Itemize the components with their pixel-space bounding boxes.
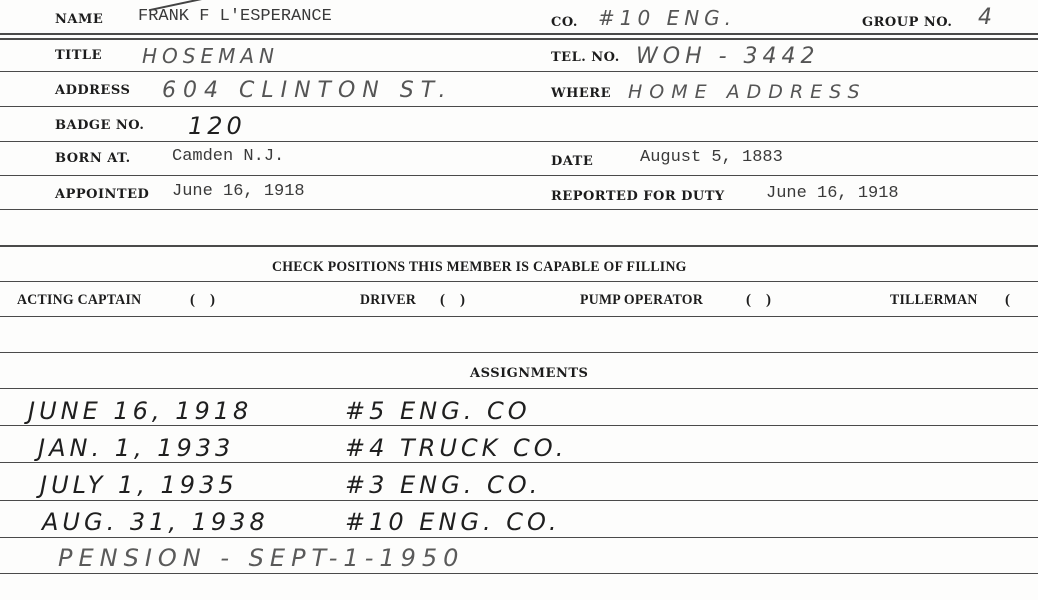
assignments-heading: ASSIGNMENTS — [470, 366, 588, 381]
record-card: NAME FRANK F L'ESPERANCE CO. #10 ENG. GR… — [0, 0, 1038, 600]
date-label: DATE — [551, 154, 593, 169]
rule-line — [0, 462, 1038, 463]
rule-line — [0, 352, 1038, 353]
position-acting-captain-label: ACTING CAPTAIN — [17, 292, 141, 309]
rule-line — [0, 573, 1038, 574]
where-label: WHERE — [551, 86, 611, 101]
born-at-label: BORN AT. — [55, 151, 131, 166]
tel-no-value: WOH - 3442 — [636, 44, 820, 69]
assignment-company: #4 TRUCK CO. — [345, 434, 567, 462]
company-label: CO. — [551, 15, 578, 30]
group-no-label: GROUP NO. — [862, 15, 952, 30]
position-tillerman-label: TILLERMAN — [890, 292, 978, 309]
assignment-date: JULY 1, 1935 — [40, 471, 238, 499]
assignment-date: AUG. 31, 1938 — [42, 508, 269, 536]
address-value: 604 CLINTON ST. — [162, 78, 453, 103]
title-label: TITLE — [55, 48, 102, 63]
title-value: HOSEMAN — [142, 44, 279, 68]
badge-no-value: 120 — [188, 112, 246, 140]
group-no-value: 4 — [978, 5, 997, 30]
rule-line — [0, 281, 1038, 282]
position-pump-operator-checkbox[interactable]: ( ) — [746, 292, 771, 309]
rule-line — [0, 175, 1038, 176]
rule-line — [0, 209, 1038, 210]
born-at-value: Camden N.J. — [172, 147, 284, 166]
assignment-company: #10 ENG. CO. — [345, 508, 561, 536]
rule-line — [0, 38, 1038, 40]
rule-line — [0, 500, 1038, 501]
positions-heading: CHECK POSITIONS THIS MEMBER IS CAPABLE O… — [272, 259, 687, 276]
appointed-label: APPOINTED — [55, 187, 149, 202]
position-tillerman-checkbox[interactable]: ( — [1005, 292, 1010, 309]
rule-line — [0, 388, 1038, 389]
rule-line — [0, 537, 1038, 538]
appointed-value: June 16, 1918 — [172, 182, 305, 201]
reported-for-duty-label: REPORTED FOR DUTY — [551, 189, 725, 204]
assignment-date: JAN. 1, 1933 — [38, 434, 234, 462]
address-label: ADDRESS — [55, 83, 130, 98]
position-pump-operator-label: PUMP OPERATOR — [580, 292, 703, 309]
name-value: FRANK F L'ESPERANCE — [138, 7, 332, 26]
where-value: HOME ADDRESS — [628, 81, 867, 103]
date-value: August 5, 1883 — [640, 148, 783, 167]
rule-line — [0, 316, 1038, 317]
position-driver-checkbox[interactable]: ( ) — [440, 292, 465, 309]
rule-line — [0, 33, 1038, 35]
assignment-date: JUNE 16, 1918 — [28, 397, 252, 425]
company-value: #10 ENG. — [598, 6, 736, 30]
position-acting-captain-checkbox[interactable]: ( ) — [190, 292, 215, 309]
rule-line — [0, 106, 1038, 107]
assignment-company: #3 ENG. CO. — [345, 471, 541, 499]
badge-no-label: BADGE NO. — [55, 118, 144, 133]
position-driver-label: DRIVER — [360, 292, 416, 309]
rule-line — [0, 245, 1038, 247]
pension-note: PENSION - SEPT-1-1950 — [58, 544, 464, 572]
name-text: FRANK F L'ESPERANCE — [138, 7, 332, 26]
reported-for-duty-value: June 16, 1918 — [766, 184, 899, 203]
rule-line — [0, 425, 1038, 426]
tel-no-label: TEL. NO. — [551, 50, 620, 65]
name-label: NAME — [55, 12, 103, 27]
assignment-company: #5 ENG. CO — [345, 397, 531, 425]
rule-line — [0, 71, 1038, 72]
rule-line — [0, 141, 1038, 142]
